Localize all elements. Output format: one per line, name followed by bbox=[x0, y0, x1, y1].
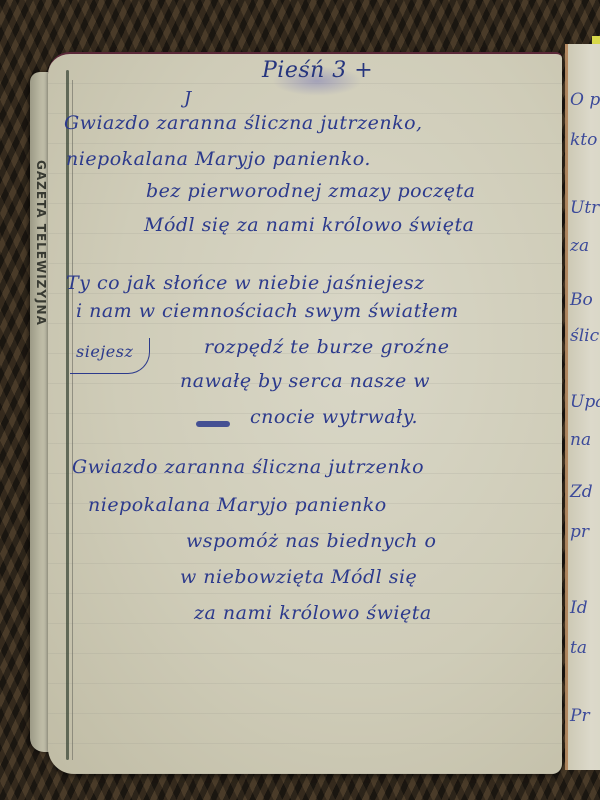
stanza-2-line: nawałę by serca nasze w bbox=[180, 370, 430, 392]
margin-note-bracket bbox=[70, 338, 150, 374]
right-page-fragment: Zd bbox=[570, 482, 593, 502]
page-margin-line bbox=[66, 70, 69, 760]
right-page-fragment: kto bbox=[570, 130, 597, 150]
right-page-fragment: na bbox=[570, 430, 591, 450]
right-page-fragment: ta bbox=[570, 638, 587, 658]
stanza-1-line: niepokalana Maryjo panienko. bbox=[66, 148, 371, 170]
spine-label: GAZETA TELEWIZYJNA bbox=[34, 160, 48, 326]
right-page-fragment: O pr bbox=[570, 90, 600, 110]
right-page-fragment: za bbox=[570, 236, 589, 256]
stanza-3-line: wspomóż nas biednych o bbox=[186, 530, 436, 552]
right-page-fragment: Upa bbox=[570, 392, 600, 412]
page-margin-line bbox=[72, 80, 73, 760]
stanza-1-line: Gwiazdo zaranna śliczna jutrzenko, bbox=[64, 112, 423, 134]
hymn-title: Pieśń 3 + bbox=[262, 58, 373, 83]
right-page-fragment: Id bbox=[570, 598, 588, 618]
stanza-2-line: i nam w ciemnościach swym światłem bbox=[76, 300, 459, 322]
stanza-3-line: Gwiazdo zaranna śliczna jutrzenko bbox=[72, 456, 424, 478]
stanza-2-line: rozpędź te burze groźne bbox=[204, 336, 450, 358]
stanza-1-line: Módl się za nami królowo święta bbox=[144, 214, 474, 236]
stanza-1-line: bez pierworodnej zmazy poczęta bbox=[146, 180, 475, 202]
right-page-fragment: Pr bbox=[570, 706, 590, 726]
crossed-out-word bbox=[196, 421, 230, 427]
notebook-photo: O pr kto Utr za Bo ślic Upa na Zd pr Id … bbox=[0, 0, 600, 800]
yellow-tab bbox=[592, 36, 600, 44]
right-page-fragment: Bo bbox=[570, 290, 593, 310]
stanza-2-line: cnocie wytrwały. bbox=[250, 406, 418, 428]
right-page-fragment: pr bbox=[570, 522, 589, 542]
stanza-3-line: niepokalana Maryjo panienko bbox=[88, 494, 387, 516]
top-mark: J bbox=[184, 88, 192, 109]
right-page-fragment: Utr bbox=[570, 198, 599, 218]
right-page-fragment: ślic bbox=[570, 326, 599, 346]
stanza-3-line: za nami królowo święta bbox=[194, 602, 432, 624]
stanza-3-line: w niebowzięta Módl się bbox=[180, 566, 417, 588]
stanza-2-line: Ty co jak słońce w niebie jaśniejesz bbox=[66, 272, 425, 294]
